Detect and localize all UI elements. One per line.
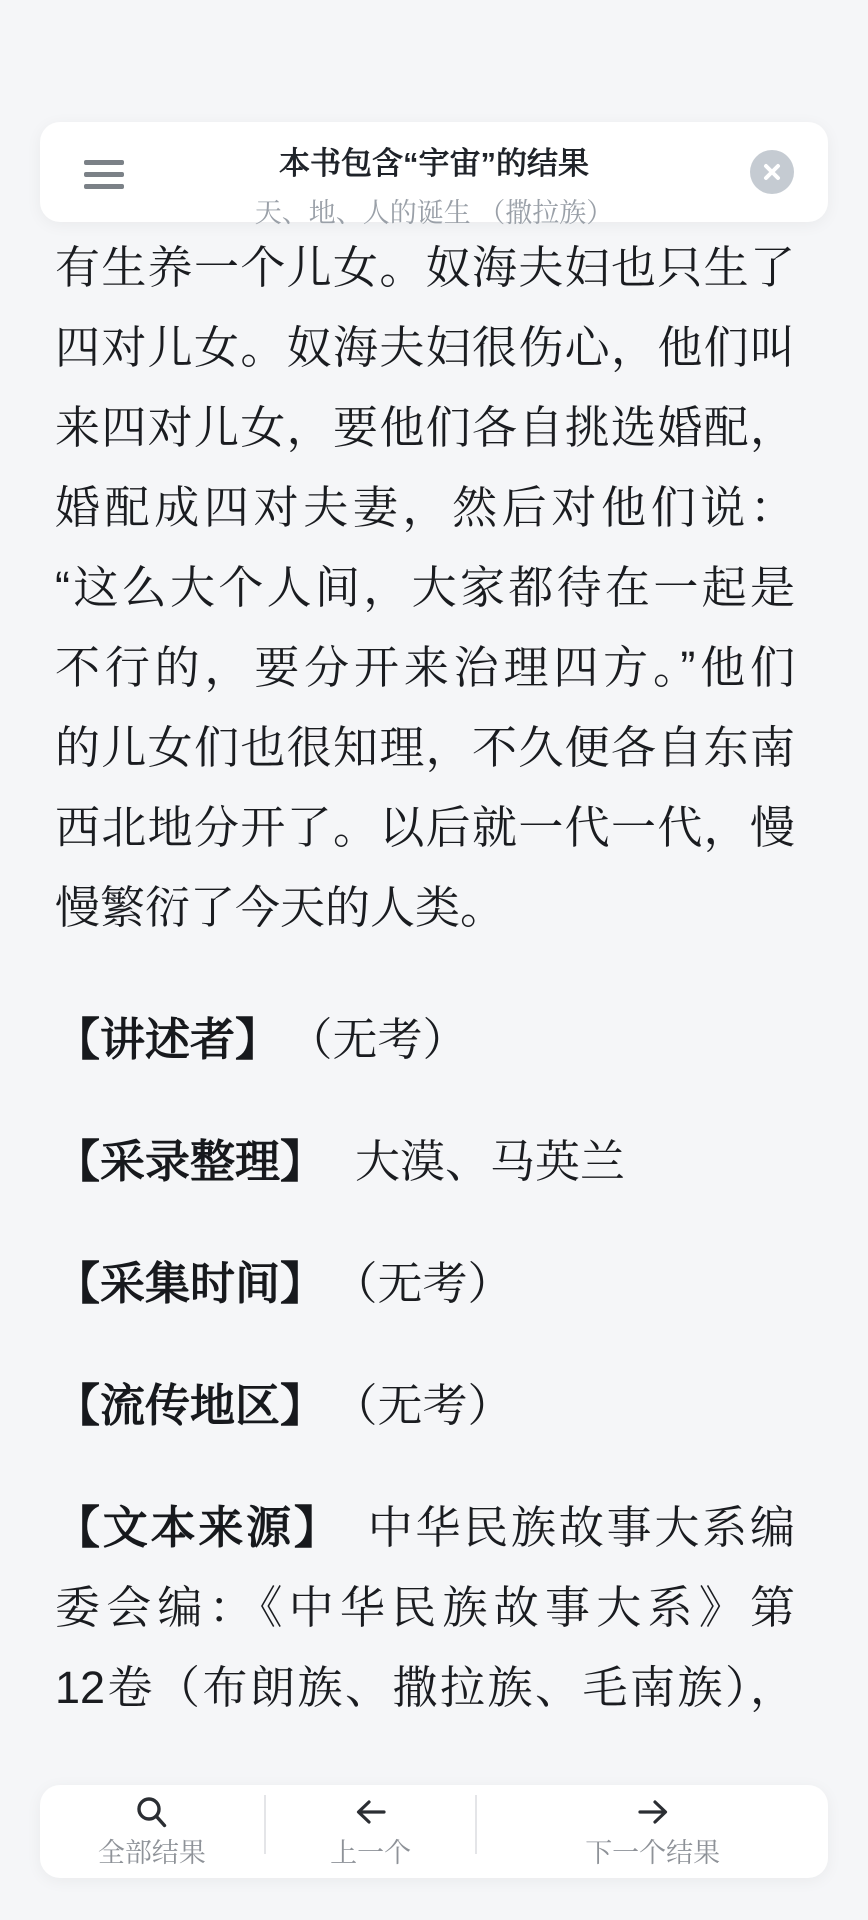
story-line: 来四对儿女，要他们各自挑选婚配， — [55, 388, 795, 468]
story-line: 的儿女们也很知理，不久便各自东南 — [55, 708, 795, 788]
story-line: 不行的，要分开来治理四方。”他们 — [55, 628, 795, 708]
meta-row-narrator: 【讲述者】（无考） — [55, 1000, 795, 1080]
search-header-card: 本书包含“宇宙”的结果 天、地、人的诞生 （撒拉族） — [40, 122, 828, 222]
source-line: 委会编：《中华民族故事大系》第 — [55, 1568, 795, 1648]
header-titles: 本书包含“宇宙”的结果 天、地、人的诞生 （撒拉族） — [40, 122, 828, 230]
search-toolbar: 全部结果 上一个 下一个结果 — [40, 1785, 828, 1878]
next-result-label: 下一个结果 — [585, 1838, 720, 1868]
meta-value: （无考） — [310, 1014, 468, 1065]
story-line: 西北地分开了。以后就一代一代，慢 — [55, 788, 795, 868]
previous-result-button[interactable]: 上一个 — [266, 1785, 476, 1878]
menu-icon[interactable] — [84, 160, 124, 189]
meta-label: 【文本来源】 — [55, 1502, 342, 1553]
all-results-button[interactable]: 全部结果 — [40, 1785, 264, 1878]
close-icon — [761, 161, 783, 183]
chapter-subtitle: 天、地、人的诞生 （撒拉族） — [40, 191, 828, 230]
meta-label: 【采录整理】 — [55, 1136, 325, 1187]
meta-value: 大漠、马英兰 — [355, 1136, 625, 1187]
source-line: 【文本来源】中华民族故事大系编 — [55, 1488, 795, 1568]
meta-label: 【流传地区】 — [55, 1380, 325, 1431]
arrow-left-icon — [353, 1794, 389, 1832]
meta-row-text-source: 【文本来源】中华民族故事大系编 委会编：《中华民族故事大系》第 12卷（布朗族、… — [55, 1488, 795, 1728]
meta-value: 中华民族故事大系编 — [368, 1502, 795, 1553]
next-result-button[interactable]: 下一个结果 — [477, 1785, 828, 1878]
hamburger-bar — [84, 184, 124, 189]
search-icon — [134, 1794, 170, 1832]
source-line: 12卷（布朗族、撒拉族、毛南族）， — [55, 1648, 795, 1728]
meta-value: （无考） — [355, 1380, 513, 1431]
hamburger-bar — [84, 160, 124, 165]
story-line: “这么大个人间，大家都待在一起是 — [55, 548, 795, 628]
story-text: 有生养一个儿女。奴海夫妇也只生了 四对儿女。奴海夫妇很伤心，他们叫 来四对儿女，… — [55, 228, 795, 948]
story-line: 四对儿女。奴海夫妇很伤心，他们叫 — [55, 308, 795, 388]
story-line: 有生养一个儿女。奴海夫妇也只生了 — [55, 228, 795, 308]
meta-label: 【采集时间】 — [55, 1258, 325, 1309]
meta-row-collect-time: 【采集时间】（无考） — [55, 1244, 795, 1324]
reader-search-result-screen: 本书包含“宇宙”的结果 天、地、人的诞生 （撒拉族） 有生养一个儿女。奴海夫妇也… — [0, 0, 868, 1920]
meta-value: （无考） — [355, 1258, 513, 1309]
meta-row-region: 【流传地区】（无考） — [55, 1366, 795, 1446]
story-line: 婚配成四对夫妻，然后对他们说： — [55, 468, 795, 548]
all-results-label: 全部结果 — [98, 1838, 206, 1868]
meta-row-collector: 【采录整理】大漠、马英兰 — [55, 1122, 795, 1202]
previous-result-label: 上一个 — [330, 1838, 411, 1868]
arrow-right-icon — [635, 1794, 671, 1832]
close-button[interactable] — [750, 150, 794, 194]
story-line: 慢繁衍了今天的人类。 — [55, 868, 795, 948]
search-result-title: 本书包含“宇宙”的结果 — [40, 138, 828, 183]
meta-label: 【讲述者】 — [55, 1014, 280, 1065]
hamburger-bar — [84, 172, 124, 177]
